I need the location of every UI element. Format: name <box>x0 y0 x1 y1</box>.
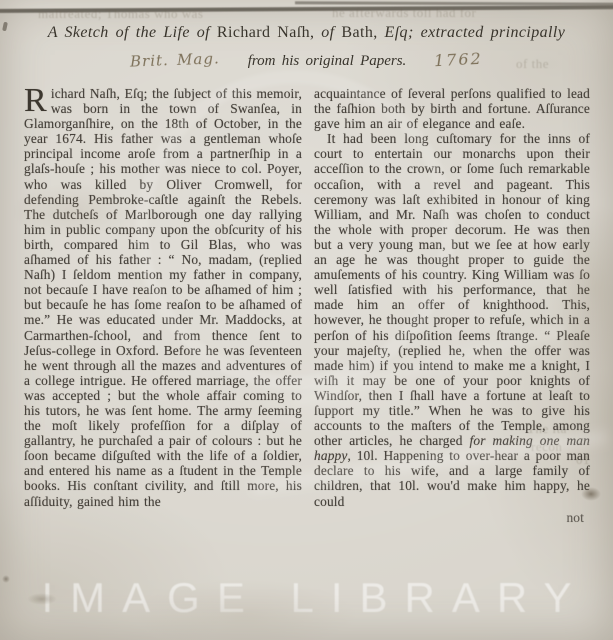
drop-cap: R <box>24 86 51 114</box>
continuation-paragraph: acquaintance of ſeveral perſons qualifie… <box>314 86 590 131</box>
image-library-watermark: IMAGE LIBRARY <box>0 574 613 622</box>
left-column: Richard Naſh, Eſq; the ſubject of this m… <box>24 86 302 525</box>
right-column-para1: acquaintance of ſeveral perſons qualifie… <box>314 86 590 131</box>
catchword: not <box>314 510 590 525</box>
paper-smudge <box>27 593 57 605</box>
scanned-document-page: maltreated; Thomas who was he afterwards… <box>0 0 613 640</box>
left-column-text: ichard Naſh, Eſq; the ſubject of this me… <box>24 86 302 509</box>
title-subject-name: Richard Naſh, <box>217 24 314 41</box>
title-italic-post: Eſq; extracted principally <box>378 24 566 41</box>
article-subtitle-row: Brit. Mag. from his original Papers. 176… <box>0 50 613 70</box>
ink-stain <box>581 487 601 501</box>
title-italic-of: of <box>314 24 341 41</box>
bleedthrough-text: he afterwards toll had for <box>332 5 476 21</box>
bleedthrough-text: maltreated; Thomas who was <box>38 6 203 22</box>
article-subtitle: from his original Papers. <box>248 53 407 70</box>
article-title-block: A Sketch of the Life of Richard Naſh, of… <box>0 24 613 70</box>
article-body: Richard Naſh, Eſq; the ſubject of this m… <box>24 86 590 525</box>
handwritten-year-annotation: 1762 <box>434 49 484 71</box>
paper-speck <box>2 575 10 583</box>
article-title: A Sketch of the Life of Richard Naſh, of… <box>0 24 613 42</box>
title-place-name: Bath, <box>341 24 377 41</box>
handwritten-source-annotation: Brit. Mag. <box>130 49 220 70</box>
opening-paragraph: Richard Naſh, Eſq; the ſubject of this m… <box>24 86 302 509</box>
right-column-para2: It had been long cuſtomary for the inns … <box>314 131 590 448</box>
title-italic-pre: A Sketch of the Life of <box>48 24 217 41</box>
